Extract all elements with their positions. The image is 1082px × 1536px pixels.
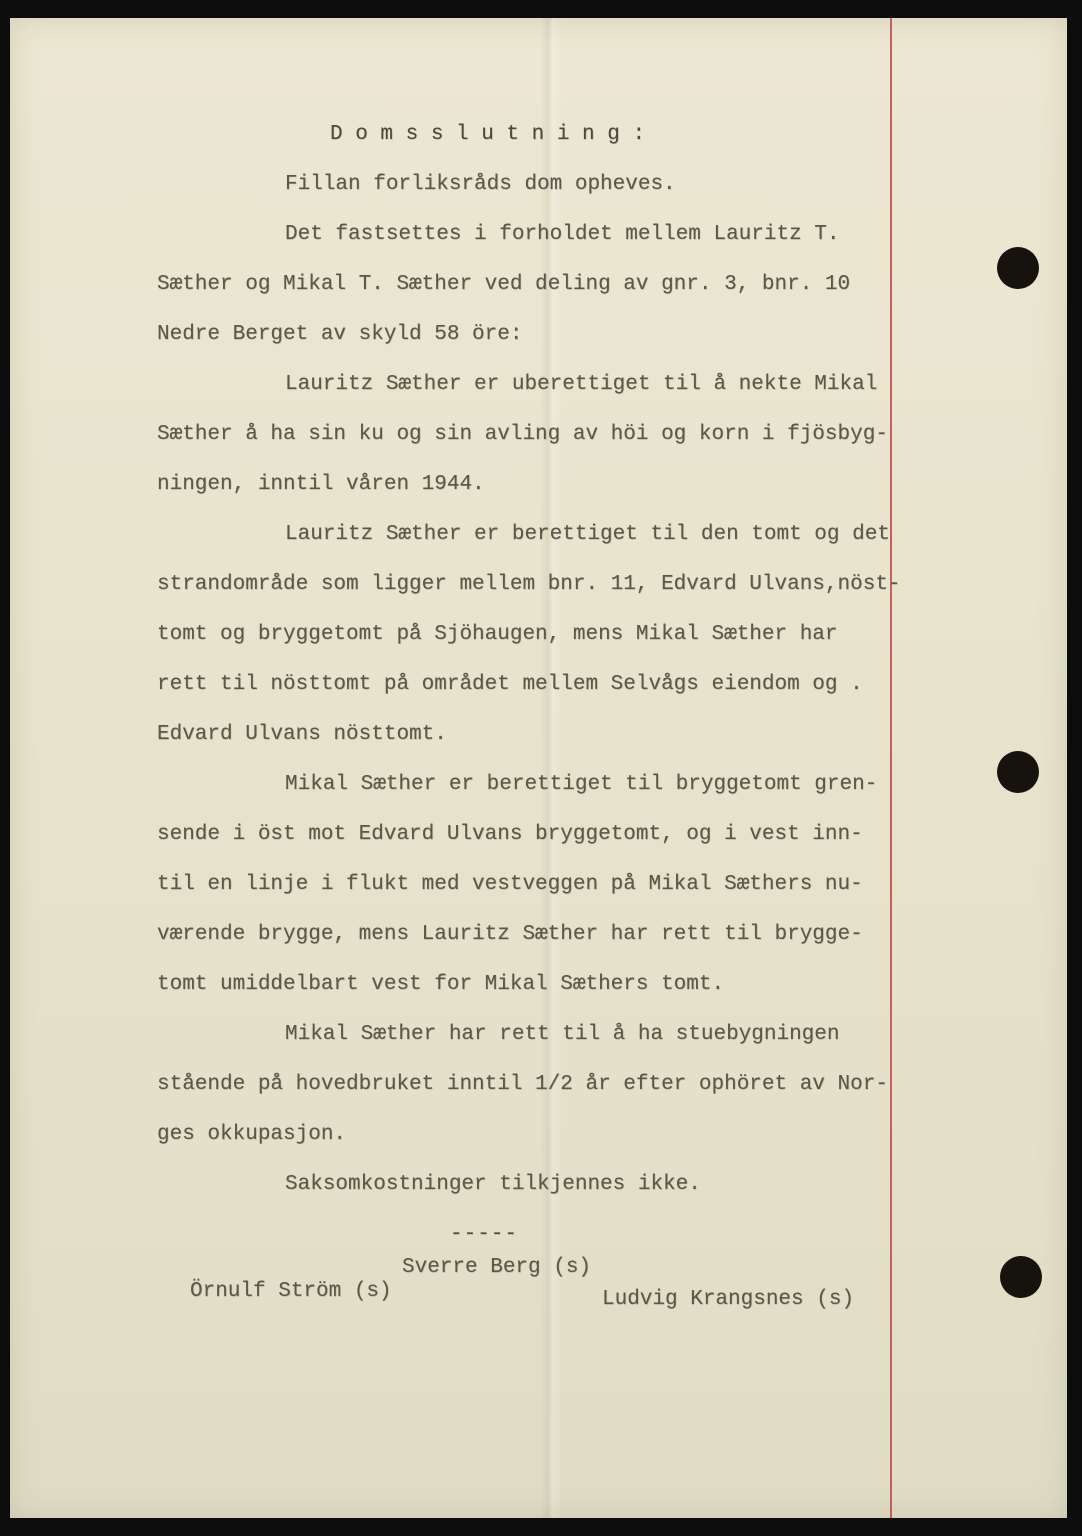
scanned-page-background: D o m s s l u t n i n g : Fillan forliks…: [0, 0, 1082, 1536]
body-line: Edvard Ulvans nösttomt.: [157, 710, 957, 760]
hole-punch-dot: [997, 247, 1039, 289]
body-line: Mikal Sæther har rett til å ha stuebygni…: [157, 1010, 957, 1060]
body-line: Mikal Sæther er berettiget til bryggetom…: [157, 760, 957, 810]
body-line: rett til nösttomt på området mellem Selv…: [157, 660, 957, 710]
document-title: D o m s s l u t n i n g :: [157, 110, 957, 160]
signature-ludvig-krangsnes: Ludvig Krangsnes (s): [602, 1288, 854, 1311]
paper-page: D o m s s l u t n i n g : Fillan forliks…: [10, 18, 1067, 1518]
signature-ornulf-strom: Örnulf Ström (s): [190, 1280, 392, 1303]
body-line: sende i öst mot Edvard Ulvans bryggetomt…: [157, 810, 957, 860]
separator-dashes: -----: [157, 1210, 957, 1260]
hole-punch-dot: [1000, 1256, 1042, 1298]
body-line: ges okkupasjon.: [157, 1110, 957, 1160]
body-line: tomt og bryggetomt på Sjöhaugen, mens Mi…: [157, 610, 957, 660]
hole-punch-dot: [997, 751, 1039, 793]
body-line: Nedre Berget av skyld 58 öre:: [157, 310, 957, 360]
body-line: Sæther å ha sin ku og sin avling av höi …: [157, 410, 957, 460]
body-line: stående på hovedbruket inntil 1/2 år eft…: [157, 1060, 957, 1110]
body-line: Det fastsettes i forholdet mellem Laurit…: [157, 210, 957, 260]
body-line: Sæther og Mikal T. Sæther ved deling av …: [157, 260, 957, 310]
body-line: værende brygge, mens Lauritz Sæther har …: [157, 910, 957, 960]
body-line: Lauritz Sæther er berettiget til den tom…: [157, 510, 957, 560]
body-line: til en linje i flukt med vestveggen på M…: [157, 860, 957, 910]
body-line: strandområde som ligger mellem bnr. 11, …: [157, 560, 957, 610]
body-line: tomt umiddelbart vest for Mikal Sæthers …: [157, 960, 957, 1010]
body-line: ningen, inntil våren 1944.: [157, 460, 957, 510]
body-line: Lauritz Sæther er uberettiget til å nekt…: [157, 360, 957, 410]
signature-sverre-berg: Sverre Berg (s): [402, 1256, 591, 1279]
judgment-text-block: D o m s s l u t n i n g : Fillan forliks…: [157, 110, 957, 1260]
body-line: Saksomkostninger tilkjennes ikke.: [157, 1160, 957, 1210]
body-line: Fillan forliksråds dom opheves.: [157, 160, 957, 210]
